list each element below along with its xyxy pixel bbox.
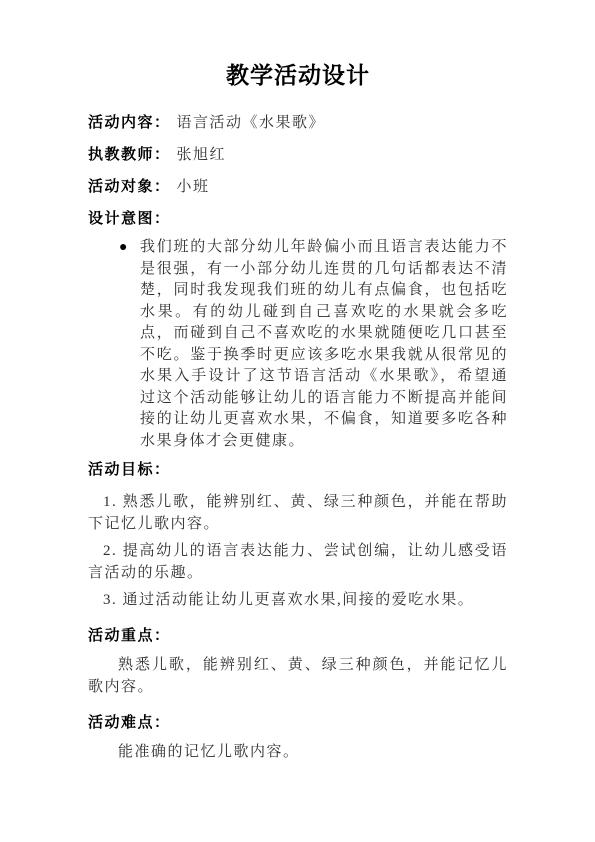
design-intent-list: ●我们班的大部分幼儿年龄偏小而且语言表达能力不是很强，有一小部分幼儿连贯的几句话… — [140, 237, 508, 452]
section-heading-difficult-point: 活动难点： — [88, 707, 508, 739]
design-intent-text: 我们班的大部分幼儿年龄偏小而且语言表达能力不是很强，有一小部分幼儿连贯的几句话都… — [140, 239, 508, 449]
goal-item-1: 1. 熟悉儿歌，能辨别红、黄、绿三种颜色，并能在帮助下记忆儿歌内容。 — [88, 491, 508, 535]
document-page: 教学活动设计 活动内容：语言活动《水果歌》 执教教师：张旭红 活动对象：小班 设… — [0, 0, 595, 842]
info-value: 小班 — [177, 179, 210, 195]
info-label: 活动对象： — [88, 179, 171, 195]
section-design-intent: 设计意图： ●我们班的大部分幼儿年龄偏小而且语言表达能力不是很强，有一小部分幼儿… — [88, 203, 508, 452]
info-label: 执教教师： — [88, 147, 171, 163]
section-heading-design-intent: 设计意图： — [88, 203, 508, 235]
goal-item-3: 3. 通过活动能让幼儿更喜欢水果,间接的爱吃水果。 — [88, 589, 508, 611]
section-difficult-point: 活动难点： 能准确的记忆儿歌内容。 — [88, 707, 508, 763]
info-row-audience: 活动对象：小班 — [88, 171, 508, 203]
section-heading-goals: 活动目标： — [88, 454, 508, 486]
key-point-text: 熟悉儿歌，能辨别红、黄、绿三种颜色，并能记忆儿歌内容。 — [88, 654, 508, 698]
difficult-point-text: 能准确的记忆儿歌内容。 — [88, 741, 508, 763]
goal-item-2: 2. 提高幼儿的语言表达能力、尝试创编，让幼儿感受语言活动的乐趣。 — [88, 540, 508, 584]
section-goals: 活动目标： 1. 熟悉儿歌，能辨别红、黄、绿三种颜色，并能在帮助下记忆儿歌内容。… — [88, 454, 508, 611]
section-key-point: 活动重点： 熟悉儿歌，能辨别红、黄、绿三种颜色，并能记忆儿歌内容。 — [88, 620, 508, 698]
page-title: 教学活动设计 — [88, 60, 508, 92]
info-label: 活动内容： — [88, 115, 171, 131]
info-row-teacher: 执教教师：张旭红 — [88, 139, 508, 171]
list-item: ●我们班的大部分幼儿年龄偏小而且语言表达能力不是很强，有一小部分幼儿连贯的几句话… — [140, 237, 508, 452]
info-row-activity-content: 活动内容：语言活动《水果歌》 — [88, 107, 508, 139]
bullet-dot-icon: ● — [119, 237, 127, 259]
section-heading-key-point: 活动重点： — [88, 620, 508, 652]
info-value: 张旭红 — [177, 147, 227, 163]
info-value: 语言活动《水果歌》 — [177, 115, 326, 131]
